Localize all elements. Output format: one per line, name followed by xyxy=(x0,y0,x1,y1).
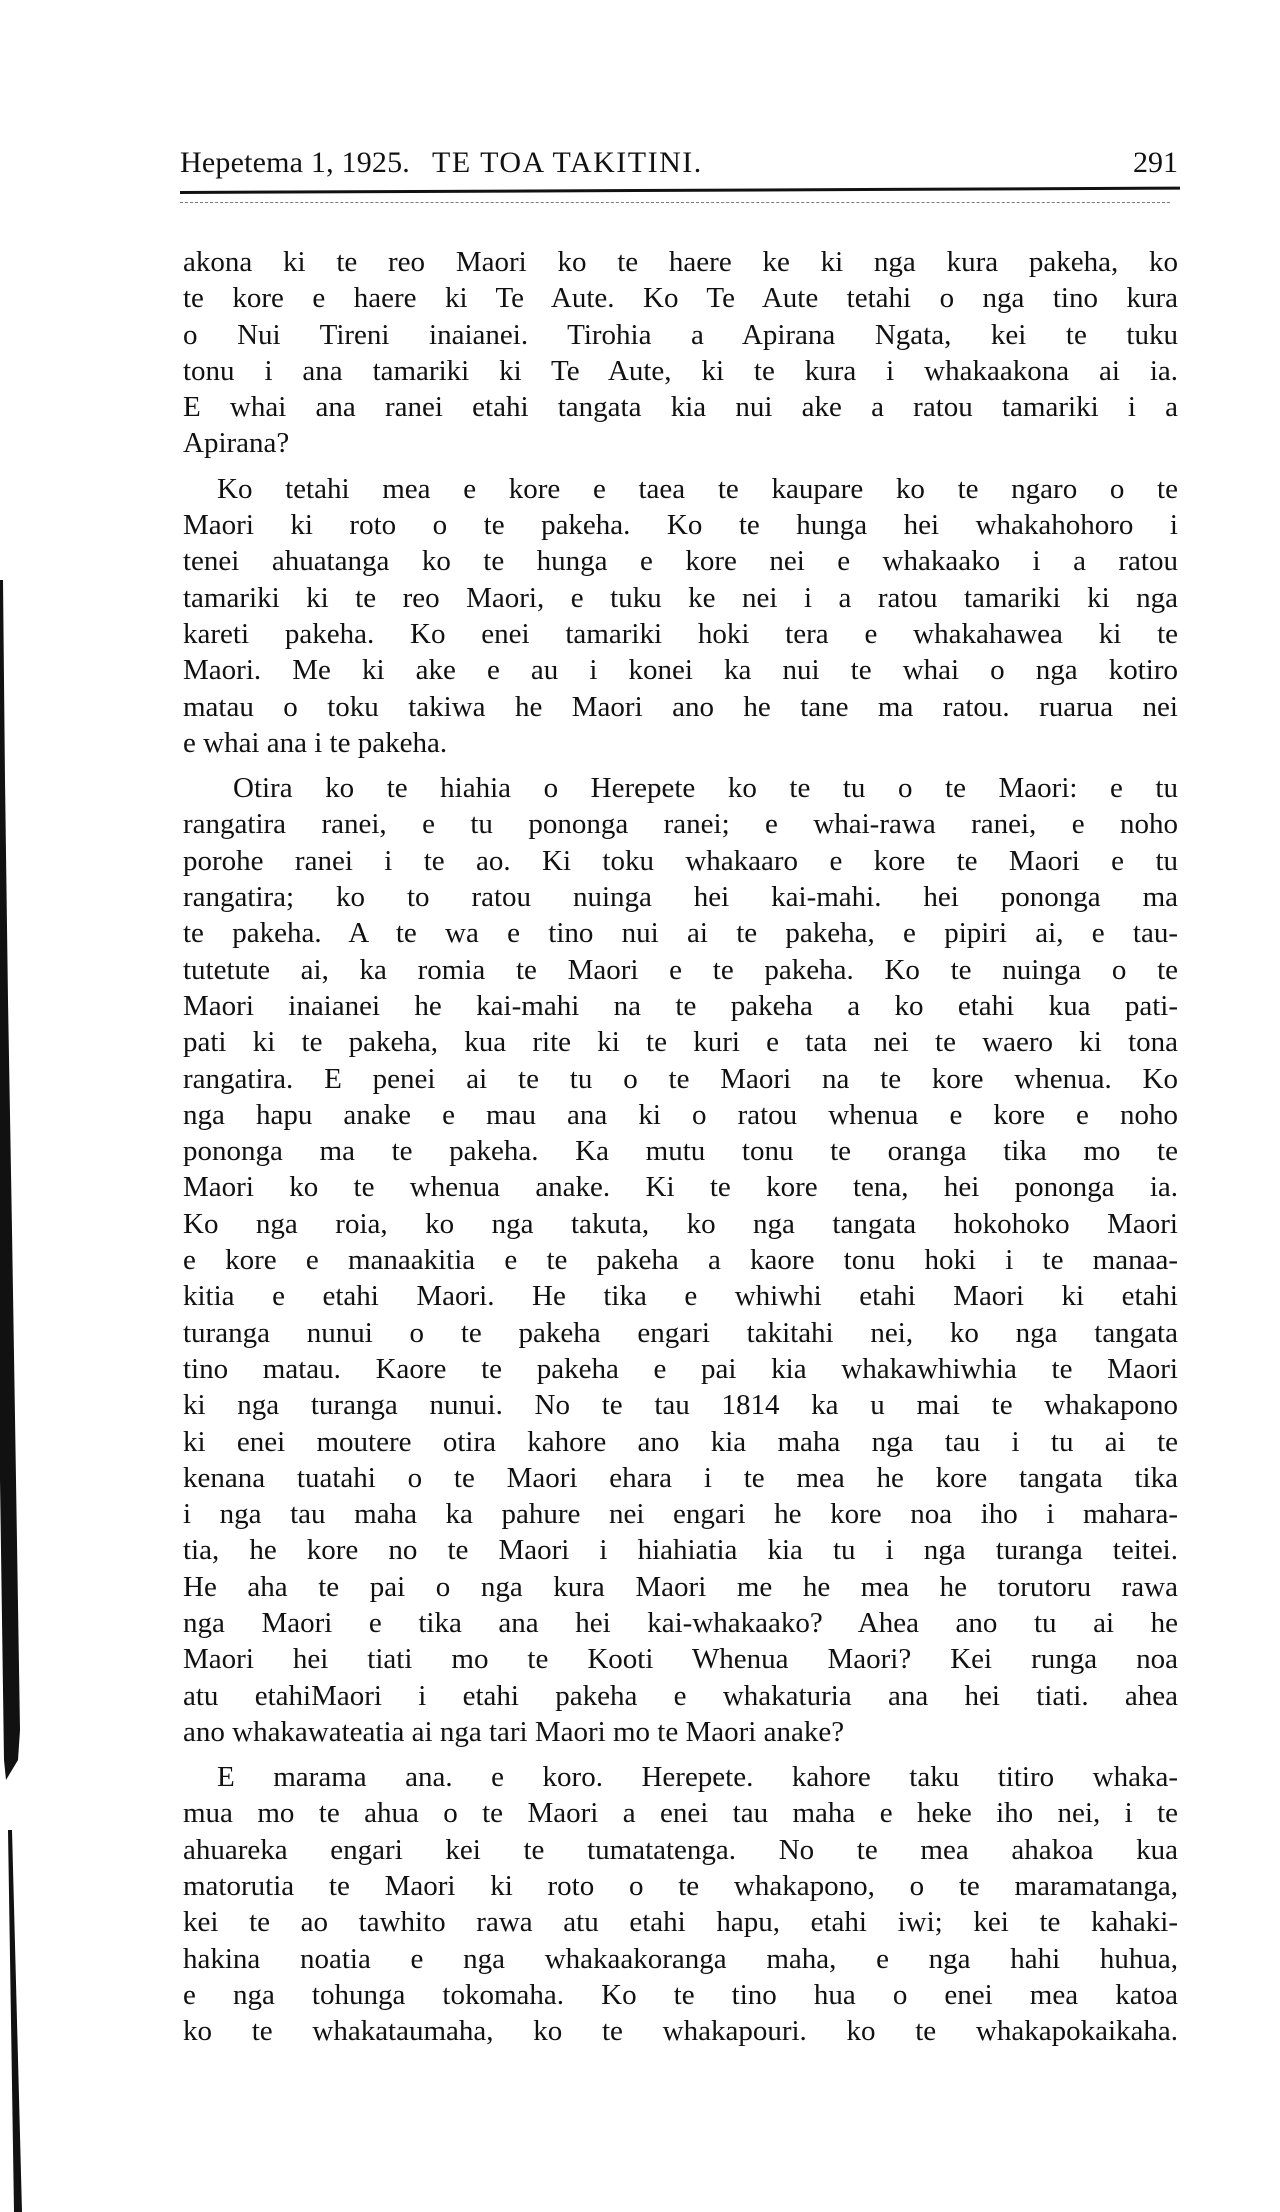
running-head: Hepetema 1, 1925. TE TOA TAKITINI. 291 xyxy=(180,146,1178,186)
text-line: te pakeha. A te wa e tino nui ai te pake… xyxy=(183,915,1178,951)
text-line: Maori ki roto o te pakeha. Ko te hunga h… xyxy=(183,507,1178,543)
paragraph-4: E marama ana. e koro. Herepete. kahore t… xyxy=(183,1759,1178,2049)
text-line: ki enei moutere otira kahore ano kia mah… xyxy=(183,1424,1178,1460)
text-line: kenana tuatahi o te Maori ehara i te mea… xyxy=(183,1460,1178,1496)
text-line: Maori ko te whenua anake. Ki te kore ten… xyxy=(183,1169,1178,1205)
text-line: Ko nga roia, ko nga takuta, ko nga tanga… xyxy=(183,1206,1178,1242)
text-line: matorutia te Maori ki roto o te whakapon… xyxy=(183,1868,1178,1904)
text-line: ahuareka engari kei te tumatatenga. No t… xyxy=(183,1832,1178,1868)
text-line: o Nui Tireni inaianei. Tirohia a Apirana… xyxy=(183,317,1178,353)
text-line: E marama ana. e koro. Herepete. kahore t… xyxy=(183,1759,1178,1795)
text-line: Maori. Me ki ake e au i konei ka nui te … xyxy=(183,652,1178,688)
text-line: i nga tau maha ka pahure nei engari he k… xyxy=(183,1496,1178,1532)
text-line: Maori inaianei he kai-mahi na te pakeha … xyxy=(183,988,1178,1024)
text-line: E whai ana ranei etahi tangata kia nui a… xyxy=(183,389,1178,425)
text-line: Ko tetahi mea e kore e taea te kaupare k… xyxy=(183,471,1178,507)
text-line: tino matau. Kaore te pakeha e pai kia wh… xyxy=(183,1351,1178,1387)
text-line: ko te whakataumaha, ko te whakapouri. ko… xyxy=(183,2013,1178,2049)
text-line: nga Maori e tika ana hei kai-whakaako? A… xyxy=(183,1605,1178,1641)
text-line: rangatira. E penei ai te tu o te Maori n… xyxy=(183,1061,1178,1097)
text-line: e kore e manaakitia e te pakeha a kaore … xyxy=(183,1242,1178,1278)
text-line: e nga tohunga tokomaha. Ko te tino hua o… xyxy=(183,1977,1178,2013)
header-rule-secondary xyxy=(180,202,1170,203)
text-line: mua mo te ahua o te Maori a enei tau mah… xyxy=(183,1795,1178,1831)
paragraph-3: Otira ko te hiahia o Herepete ko te tu o… xyxy=(183,770,1178,1750)
text-line: kei te ao tawhito rawa atu etahi hapu, e… xyxy=(183,1904,1178,1940)
text-line: pononga ma te pakeha. Ka mutu tonu te or… xyxy=(183,1133,1178,1169)
publication-title: TE TOA TAKITINI. xyxy=(432,146,703,180)
text-line: hakina noatia e nga whakaakoranga maha, … xyxy=(183,1941,1178,1977)
text-line: tenei ahuatanga ko te hunga e kore nei e… xyxy=(183,543,1178,579)
text-line: nga hapu anake e mau ana ki o ratou when… xyxy=(183,1097,1178,1133)
text-line: tia, he kore no te Maori i hiahiatia kia… xyxy=(183,1532,1178,1568)
issue-date: Hepetema 1, 1925. xyxy=(180,146,410,180)
text-line: tamariki ki te reo Maori, e tuku ke nei … xyxy=(183,580,1178,616)
text-line: porohe ranei i te ao. Ki toku whakaaro e… xyxy=(183,843,1178,879)
text-line: kitia e etahi Maori. He tika e whiwhi et… xyxy=(183,1278,1178,1314)
text-line: rangatira; ko to ratou nuinga hei kai-ma… xyxy=(183,879,1178,915)
text-line: e whai ana i te pakeha. xyxy=(183,725,1178,761)
text-line: matau o toku takiwa he Maori ano he tane… xyxy=(183,689,1178,725)
text-line: tonu i ana tamariki ki Te Aute, ki te ku… xyxy=(183,353,1178,389)
paragraph-2: Ko tetahi mea e kore e taea te kaupare k… xyxy=(183,471,1178,761)
text-line: turanga nunui o te pakeha engari takitah… xyxy=(183,1315,1178,1351)
text-line: akona ki te reo Maori ko te haere ke ki … xyxy=(183,244,1178,280)
text-line: Otira ko te hiahia o Herepete ko te tu o… xyxy=(183,770,1178,806)
text-line: ki nga turanga nunui. No te tau 1814 ka … xyxy=(183,1387,1178,1423)
text-line: atu etahiMaori i etahi pakeha e whakatur… xyxy=(183,1678,1178,1714)
text-line: rangatira ranei, e tu pononga ranei; e w… xyxy=(183,806,1178,842)
text-line: te kore e haere ki Te Aute. Ko Te Aute t… xyxy=(183,280,1178,316)
text-line: He aha te pai o nga kura Maori me he mea… xyxy=(183,1569,1178,1605)
page-number: 291 xyxy=(1133,146,1178,180)
text-line: Apirana? xyxy=(183,425,1178,461)
paragraph-1: akona ki te reo Maori ko te haere ke ki … xyxy=(183,244,1178,462)
text-line: tutetute ai, ka romia te Maori e te pake… xyxy=(183,952,1178,988)
header-rule xyxy=(180,187,1180,194)
text-line: pati ki te pakeha, kua rite ki te kuri e… xyxy=(183,1024,1178,1060)
scan-edge-shadow xyxy=(0,580,22,2212)
scanned-page: Hepetema 1, 1925. TE TOA TAKITINI. 291 a… xyxy=(0,0,1280,2212)
text-line: Maori hei tiati mo te Kooti Whenua Maori… xyxy=(183,1641,1178,1677)
text-line: ano whakawateatia ai nga tari Maori mo t… xyxy=(183,1714,1178,1750)
article-body: akona ki te reo Maori ko te haere ke ki … xyxy=(183,244,1178,2050)
text-line: kareti pakeha. Ko enei tamariki hoki ter… xyxy=(183,616,1178,652)
